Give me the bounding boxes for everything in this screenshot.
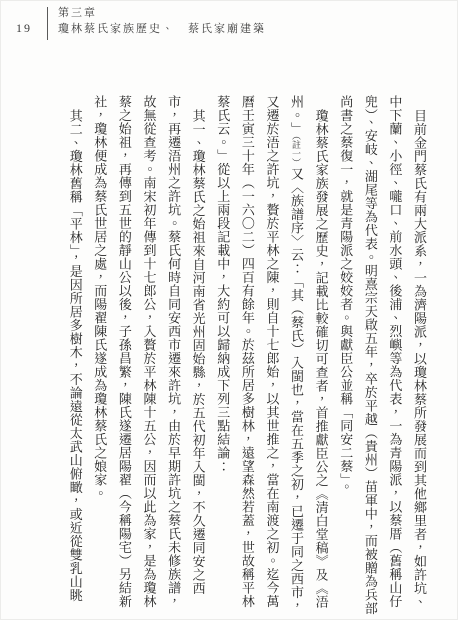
paragraph-4: 其二、瓊林舊稱「平林」，是因所居多樹木，不論遠從太武山俯瞰，或近從雙乳山眺 [62,95,87,617]
paragraph-3: 其一、瓊林蔡氏之始祖來自河南省光州固始縣，於五代初年入閩，不久遷同安之西市，再遷… [87,95,210,617]
running-header: 19 第三章 瓊林蔡氏家族歷史、 蔡氏家廟建築 [0,4,458,44]
paragraph-2: 瓊林蔡氏家族發展之歷史，記載比較確切可查者，首推獻臣公之《清白堂稿》及《浯州。」… [210,95,333,617]
footnote-marker: （註一） [291,136,301,168]
paragraph-1: 目前金門蔡氏有兩大派系，一為濟陽派，以瓊林蔡所發展而到其他鄉里者，如許坑、中下蘭… [333,95,431,617]
book-page: 19 第三章 瓊林蔡氏家族歷史、 蔡氏家廟建築 目前金門蔡氏有兩大派系，一為濟陽… [0,0,458,620]
chapter-title: 瓊林蔡氏家族歷史、 蔡氏家廟建築 [58,21,266,37]
paragraph-2-text-continued: 又〈族譜序〉云：「其（蔡氏）入閩也，當在五季之初，已遷于同之西市，又遷於浯之許坑… [215,95,304,613]
body-text: 目前金門蔡氏有兩大派系，一為濟陽派，以瓊林蔡所發展而到其他鄉里者，如許坑、中下蘭… [55,95,431,617]
page-number: 19 [16,21,32,36]
header-text: 第三章 瓊林蔡氏家族歷史、 蔡氏家廟建築 [58,5,266,37]
chapter-label: 第三章 [58,5,266,21]
header-divider-rule [47,7,48,40]
